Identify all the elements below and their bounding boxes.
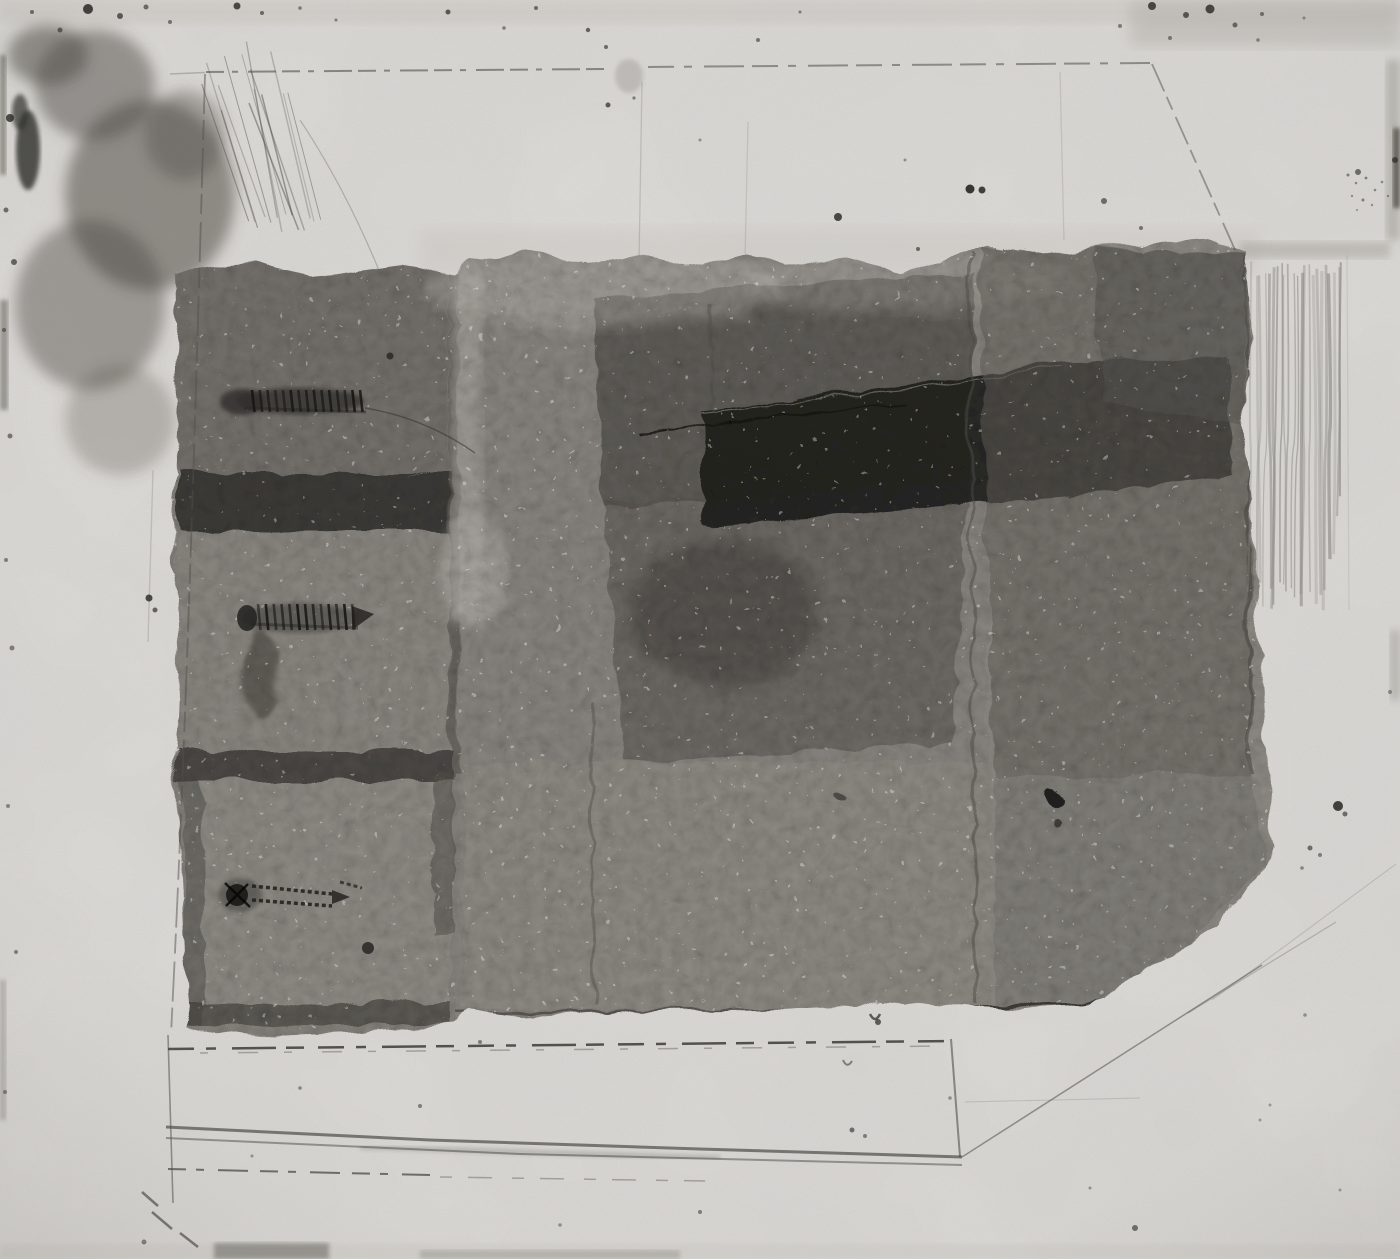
artwork-print	[0, 0, 1400, 1259]
artwork-scan	[0, 0, 1400, 1259]
vignette	[0, 0, 1400, 1259]
